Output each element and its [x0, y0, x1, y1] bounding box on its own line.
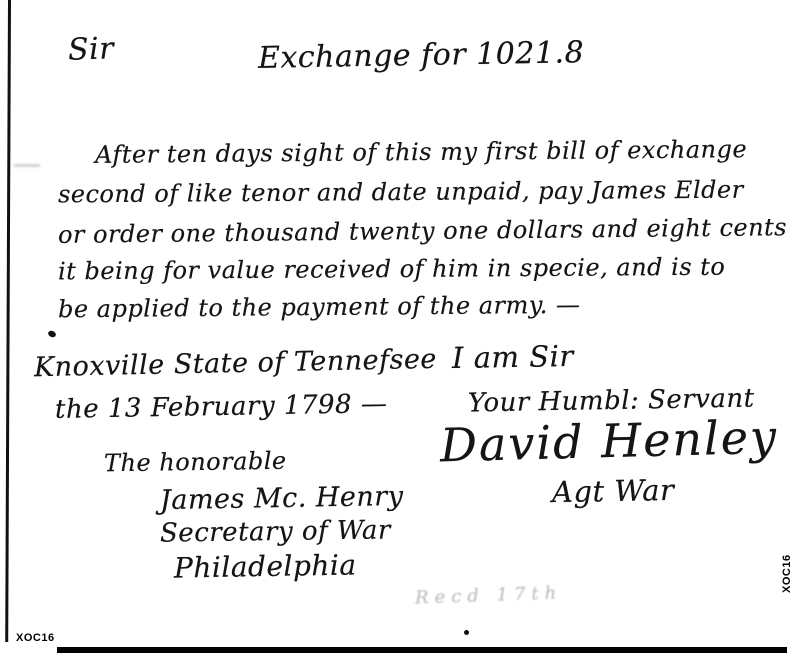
- scan-smudge: [14, 164, 40, 167]
- scan-label-bottom-left: XOC16: [16, 632, 55, 644]
- body-line-2: second of like tenor and date unpaid, pa…: [58, 176, 744, 209]
- body-line-5: be applied to the payment of the army. —: [58, 291, 581, 324]
- addressee-name: James Mc. Henry: [160, 481, 404, 516]
- body-line-3: or order one thousand twenty one dollars…: [58, 213, 787, 249]
- body-line-4: it being for value received of him in sp…: [58, 253, 726, 286]
- closing-i-am-sir: I am Sir: [452, 339, 574, 375]
- place-line: Knoxville State of Tennefsee: [34, 344, 437, 383]
- ink-blot: [47, 330, 57, 339]
- exchange-heading: Exchange for 1021.8: [258, 35, 585, 76]
- bottom-scan-bar: [57, 647, 787, 653]
- faint-annotation: Recd 17th: [415, 582, 563, 608]
- scanned-letter-page: Sir Exchange for 1021.8 After ten days s…: [0, 0, 800, 659]
- addressee-title: Secretary of War: [160, 515, 391, 548]
- addressee-city: Philadelphia: [174, 548, 357, 584]
- left-scan-edge-line: [5, 0, 11, 642]
- addressee-honorable: The honorable: [104, 447, 287, 478]
- body-line-1: After ten days sight of this my first bi…: [95, 135, 747, 169]
- date-line: the 13 February 1798 —: [55, 389, 388, 425]
- signature-david-henley: David Henley: [439, 410, 778, 473]
- salutation: Sir: [67, 31, 114, 68]
- ink-blot: [464, 630, 469, 635]
- scan-label-right-edge: XOC16: [781, 543, 793, 593]
- signer-title: Agt War: [552, 473, 675, 509]
